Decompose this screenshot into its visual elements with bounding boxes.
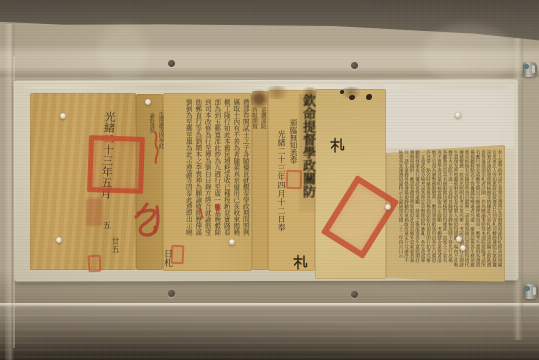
- text-column: 該署詳請給發照例核辦等情據此合亟札飭札到該縣立即欽遵: [486, 150, 491, 278]
- mount-pin: [56, 237, 62, 243]
- text-column: 毋得違延須至札者計開一件為曉諭事照得本部院按臨考試所: [480, 150, 485, 278]
- divider-columns: 巡撫部院咨駁開復: [254, 107, 268, 165]
- text-column: 姑寬各宜凜遵毋違特示右諭通知光緒二十三年四月日示: [398, 150, 403, 278]
- red-square-seal: [87, 135, 145, 194]
- acrylic-sheen: [98, 24, 148, 82]
- text-column: 究一諸生童務各恪遵場規靜聽約束倘敢故違定行究處決不: [403, 150, 408, 278]
- text-column: 場規聽候點名不得攙越喧嘩違者究處一廩保認保各生務須確: [469, 150, 474, 278]
- paper-stain: [262, 86, 292, 99]
- zha-glyph-bottom: [293, 254, 307, 270]
- text-column: 聽候發案再行覆試毋得遠颺一發案之後取進各生童剋期赴: [414, 150, 419, 278]
- shelf-front: [0, 307, 539, 360]
- official-stamp-column: 欽命提督學政關防: [299, 94, 315, 212]
- case-screw: [524, 284, 538, 299]
- mount-pin: [229, 239, 235, 245]
- red-scribble: [197, 206, 205, 220]
- red-seal-smudge: [86, 198, 103, 226]
- text-column: 部為到玉郵寬准此炒為九週行至廣一味基晚穀除: [213, 99, 220, 269]
- text-column: 到司本改修為行至傳為劉白日錄方經合就諭飭堂: [204, 99, 211, 269]
- backboard-hole: [168, 60, 175, 67]
- case-screw: [523, 62, 537, 77]
- text-column: 傳遞懷挾一經查出照例扣考斥革究辦一考試日期另行示期諸: [458, 150, 463, 278]
- text-column: 咨駁開復: [251, 107, 259, 167]
- mat-bright-patch: [384, 84, 514, 148]
- month-mark: 五: [103, 220, 111, 231]
- ink-blot: [340, 90, 344, 94]
- mount-pin: [455, 112, 461, 118]
- text-column: 各屬教官造具名冊限期送署核對毋得遲延一貧寒士子果有: [442, 150, 447, 278]
- dense-text-columns: 奉上諭學政考試生童事宜遵照定章辦理毋違特札仰該府州縣官吏軍民人等知悉欽此欽遵咨行…: [389, 150, 502, 278]
- text-column: 劉倒為至郵至風為此示遵諭等因奉此遵即出示曉: [185, 99, 192, 269]
- red-signature-scribble: [149, 130, 161, 166]
- text-column: 地方官預為修整務期整齊一應用筆墨紙張均由各生自備毋: [431, 150, 436, 278]
- text-column: 真才實學准其稟明核實錄取以示鼓勵一考棚號舍桌凳著落: [436, 150, 441, 278]
- red-mini-stamp: [171, 245, 185, 265]
- mount-pin: [145, 99, 151, 105]
- text-column: 巡撫部院: [259, 107, 267, 167]
- red-endorsement-glyph: [133, 201, 165, 241]
- acrylic-left-line: [13, 56, 15, 348]
- text-column: 煙生火以防不虞一交卷時各歸號舍靜候放牌不得先行出場: [447, 150, 452, 278]
- mount-pin: [456, 236, 462, 242]
- acrylic-right-reflection: [513, 38, 524, 340]
- text-column: 生童預先齊集聽候唱名給卷按號入座毋得錯亂一場內不許吸: [453, 150, 458, 278]
- text-column: 禮部咨開試士之子各隨優貢就覲奉學政期間照例: [242, 99, 249, 269]
- backboard-hole: [168, 290, 175, 297]
- ink-blot: [366, 94, 372, 100]
- ink-blot: [349, 95, 355, 100]
- day-mark: 廿五: [110, 237, 121, 257]
- red-dot-mark: [215, 204, 220, 211]
- red-mini-stamp: [88, 255, 102, 273]
- text-column: 一文童武童分場考試各照定章辦理毋得紊亂一各生童試畢: [420, 150, 425, 278]
- red-mini-stamp: [286, 170, 303, 190]
- middle-text-columns: 禮部咨開試士之子各隨優貢就覲奉學政期間照例縣取士內有不善為者隨駕真京廢用已亥收束…: [167, 99, 251, 269]
- text-column: 官吏軍民人等知悉欽此欽遵咨行到省札司轉飭遵照在案茲據: [491, 150, 496, 278]
- backboard-hole: [351, 291, 358, 298]
- mount-pin: [460, 245, 466, 251]
- acrylic-sheen: [422, 24, 514, 84]
- text-column: 有應行事宜亟應先期出示曉諭俾眾周知一應考生童俱各遵照: [475, 150, 480, 278]
- zha-glyph-mid: [330, 137, 344, 153]
- backboard-hole: [351, 62, 358, 69]
- mount-pin: [60, 113, 66, 119]
- date-column-right: 光緒二十三年四月十二日奉: [276, 130, 287, 242]
- mount-pin: [385, 204, 391, 210]
- text-column: 許夾帶一點名時廩保俱各到場指認如有頂冒即行扣考究辦: [425, 150, 430, 278]
- museum-display-photo: 光緒二十三年五月 五 廿五 日札 示遵諭等因奉此 諭飭遵照 禮部咨開試士之子各隨…: [0, 0, 539, 360]
- text-column: 署填寫親供一應試卷價照例收取毋許書吏額外需索違者稟: [409, 150, 414, 278]
- text-column: 實具結倘有冒籍頂替查出嚴辦一試卷務須親自書寫毋得倩代: [464, 150, 469, 278]
- text-column: 飭郵直行等為劉鬧本之李喪神為願諭植經歷俸滿: [194, 99, 201, 269]
- notice-column: 頒臨無知悉奉: [288, 119, 299, 169]
- text-column: 奉上諭學政考試生童事宜遵照定章辦理毋違特札仰該府州縣: [497, 150, 502, 278]
